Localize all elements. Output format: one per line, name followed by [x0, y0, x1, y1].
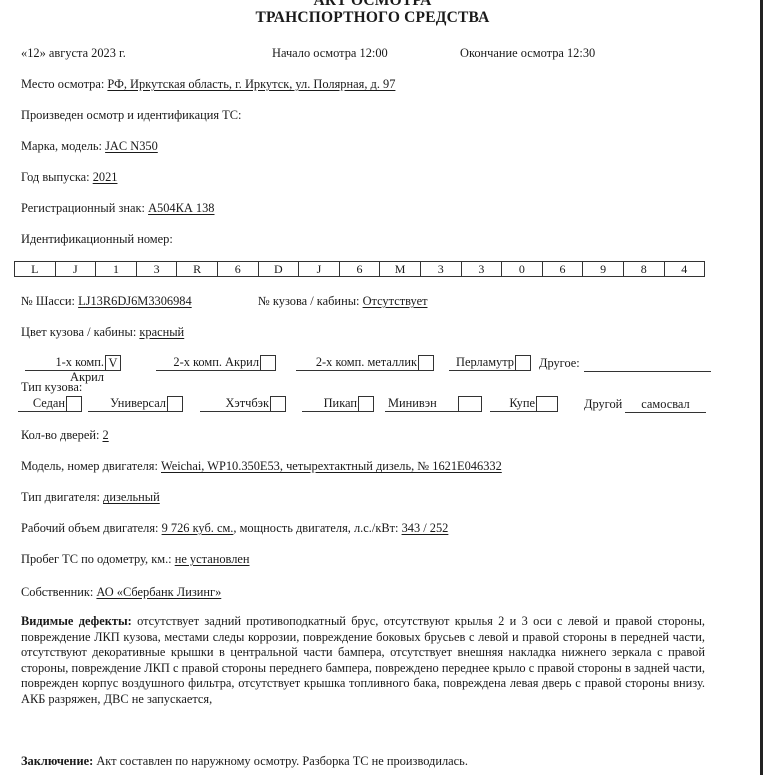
- body-type-option-label: Седан: [18, 396, 66, 412]
- inspection-label: Произведен осмотр и идентификация ТС:: [21, 108, 241, 123]
- inspection-end: Окончание осмотра 12:30: [460, 46, 595, 61]
- defects-label: Видимые дефекты:: [21, 614, 132, 628]
- mileage-value: не установлен: [175, 552, 250, 566]
- paint-option-label: 2-х комп. металлик: [296, 355, 418, 371]
- doors-value: 2: [103, 428, 109, 442]
- body-number-value: Отсутствует: [363, 294, 428, 308]
- make-value: JAC N350: [105, 139, 158, 153]
- body-type-label: Тип кузова:: [21, 380, 82, 395]
- displacement-label: Рабочий объем двигателя:: [21, 521, 162, 535]
- paint-option-pearl[interactable]: Перламутр: [449, 355, 531, 371]
- engine-type-value: дизельный: [103, 490, 160, 504]
- vin-cell: 0: [502, 262, 543, 276]
- vin-cell: 9: [583, 262, 624, 276]
- vin-cell: 1: [96, 262, 137, 276]
- engine-label: Модель, номер двигателя:: [21, 459, 161, 473]
- vin-cell: 6: [218, 262, 259, 276]
- paint-option-checkbox[interactable]: V: [105, 355, 121, 371]
- body-type-checkbox[interactable]: [358, 396, 374, 412]
- displacement-value: 9 726 куб. см.: [162, 521, 234, 535]
- doc-title-line2: ТРАНСПОРТНОГО СРЕДСТВА: [0, 9, 745, 27]
- body-number-row: № кузова / кабины: Отсутствует: [258, 294, 427, 309]
- body-type-option-label: Универсал: [88, 396, 167, 412]
- paint-option-checkbox[interactable]: [418, 355, 434, 371]
- plate-value: А504КА 138: [148, 201, 214, 215]
- vin-cell: 4: [665, 262, 705, 276]
- body-type-option-label: Минивэн: [385, 396, 458, 412]
- make-row: Марка, модель: JAC N350: [21, 139, 158, 154]
- body-type-hatchback[interactable]: Хэтчбэк: [200, 396, 286, 412]
- make-label: Марка, модель:: [21, 139, 105, 153]
- engine-type-label: Тип двигателя:: [21, 490, 103, 504]
- chassis-label: № Шасси:: [21, 294, 78, 308]
- vin-label: Идентификационный номер:: [21, 232, 173, 247]
- body-type-checkbox[interactable]: [458, 396, 482, 412]
- vin-cell: J: [56, 262, 97, 276]
- vin-cell: R: [177, 262, 218, 276]
- vin-cell: 6: [340, 262, 381, 276]
- body-type-pickup[interactable]: Пикап: [302, 396, 374, 412]
- body-type-option-label: Пикап: [302, 396, 358, 412]
- body-type-option-label: Хэтчбэк: [200, 396, 270, 412]
- conclusion-text: Акт составлен по наружному осмотру. Разб…: [93, 754, 468, 768]
- body-type-checkbox[interactable]: [270, 396, 286, 412]
- body-other-label: Другой: [584, 397, 622, 412]
- vin-cell: D: [259, 262, 300, 276]
- chassis-row: № Шасси: LJ13R6DJ6M3306984: [21, 294, 192, 309]
- year-value: 2021: [93, 170, 118, 184]
- paint-option-label: 2-х комп. Акрил: [156, 355, 260, 371]
- mileage-label: Пробег ТС по одометру, км.:: [21, 552, 175, 566]
- body-type-coupe[interactable]: Купе: [490, 396, 558, 412]
- owner-label: Собственник:: [21, 585, 96, 599]
- engine-value: Weichai, WP10.350E53, четырехтактный диз…: [161, 459, 502, 473]
- document-page: АКТ ОСМОТРА ТРАНСПОРТНОГО СРЕДСТВА «12» …: [0, 0, 760, 775]
- body-other-field[interactable]: самосвал: [625, 397, 706, 413]
- mileage-row: Пробег ТС по одометру, км.: не установле…: [21, 552, 250, 567]
- body-type-wagon[interactable]: Универсал: [88, 396, 183, 412]
- paint-option-acryl-1k[interactable]: 1-х комп. Акрил V: [25, 355, 121, 371]
- color-value: красный: [139, 325, 184, 339]
- vin-cell: 8: [624, 262, 665, 276]
- engine-type-row: Тип двигателя: дизельный: [21, 490, 160, 505]
- conclusion-label: Заключение:: [21, 754, 93, 768]
- inspection-start: Начало осмотра 12:00: [272, 46, 388, 61]
- vin-cell: 6: [543, 262, 584, 276]
- body-type-option-label: Купе: [490, 396, 536, 412]
- paint-option-label: 1-х комп. Акрил: [25, 355, 105, 371]
- power-label: , мощность двигателя, л.с./кВт:: [233, 521, 401, 535]
- defects-paragraph: Видимые дефекты: отсутствует задний прот…: [21, 614, 705, 708]
- vin-cell: L: [15, 262, 56, 276]
- power-value: 343 / 252: [402, 521, 449, 535]
- conclusion-row: Заключение: Акт составлен по наружному о…: [21, 754, 468, 769]
- displacement-row: Рабочий объем двигателя: 9 726 куб. см.,…: [21, 521, 448, 536]
- body-type-sedan[interactable]: Седан: [18, 396, 82, 412]
- paint-option-metallic[interactable]: 2-х комп. металлик: [296, 355, 434, 371]
- paint-option-checkbox[interactable]: [260, 355, 276, 371]
- vin-grid: LJ13R6DJ6M3306984: [14, 261, 705, 277]
- vin-cell: 3: [137, 262, 178, 276]
- body-type-checkbox[interactable]: [167, 396, 183, 412]
- inspection-date: «12» августа 2023 г.: [21, 46, 126, 61]
- paint-other-field[interactable]: [584, 356, 711, 372]
- vin-cell: M: [380, 262, 421, 276]
- place-value: РФ, Иркутская область, г. Иркутск, ул. П…: [107, 77, 395, 91]
- engine-row: Модель, номер двигателя: Weichai, WP10.3…: [21, 459, 502, 474]
- place-row: Место осмотра: РФ, Иркутская область, г.…: [21, 77, 395, 92]
- doors-label: Кол-во дверей:: [21, 428, 103, 442]
- paint-option-checkbox[interactable]: [515, 355, 531, 371]
- year-label: Год выпуска:: [21, 170, 93, 184]
- year-row: Год выпуска: 2021: [21, 170, 117, 185]
- chassis-value: LJ13R6DJ6M3306984: [78, 294, 192, 308]
- color-row: Цвет кузова / кабины: красный: [21, 325, 184, 340]
- paint-other-label: Другое:: [539, 356, 580, 371]
- body-type-minivan[interactable]: Минивэн: [385, 396, 482, 412]
- vin-cell: 3: [421, 262, 462, 276]
- body-type-checkbox[interactable]: [66, 396, 82, 412]
- body-type-checkbox[interactable]: [536, 396, 558, 412]
- owner-row: Собственник: АО «Сбербанк Лизинг»: [21, 585, 221, 600]
- doors-row: Кол-во дверей: 2: [21, 428, 109, 443]
- color-label: Цвет кузова / кабины:: [21, 325, 139, 339]
- body-number-label: № кузова / кабины:: [258, 294, 363, 308]
- plate-label: Регистрационный знак:: [21, 201, 148, 215]
- place-label: Место осмотра:: [21, 77, 107, 91]
- vin-cell: J: [299, 262, 340, 276]
- paint-option-label: Перламутр: [449, 355, 515, 371]
- vin-cell: 3: [462, 262, 503, 276]
- plate-row: Регистрационный знак: А504КА 138: [21, 201, 215, 216]
- paint-option-acryl-2k[interactable]: 2-х комп. Акрил: [156, 355, 276, 371]
- owner-value: АО «Сбербанк Лизинг»: [96, 585, 221, 599]
